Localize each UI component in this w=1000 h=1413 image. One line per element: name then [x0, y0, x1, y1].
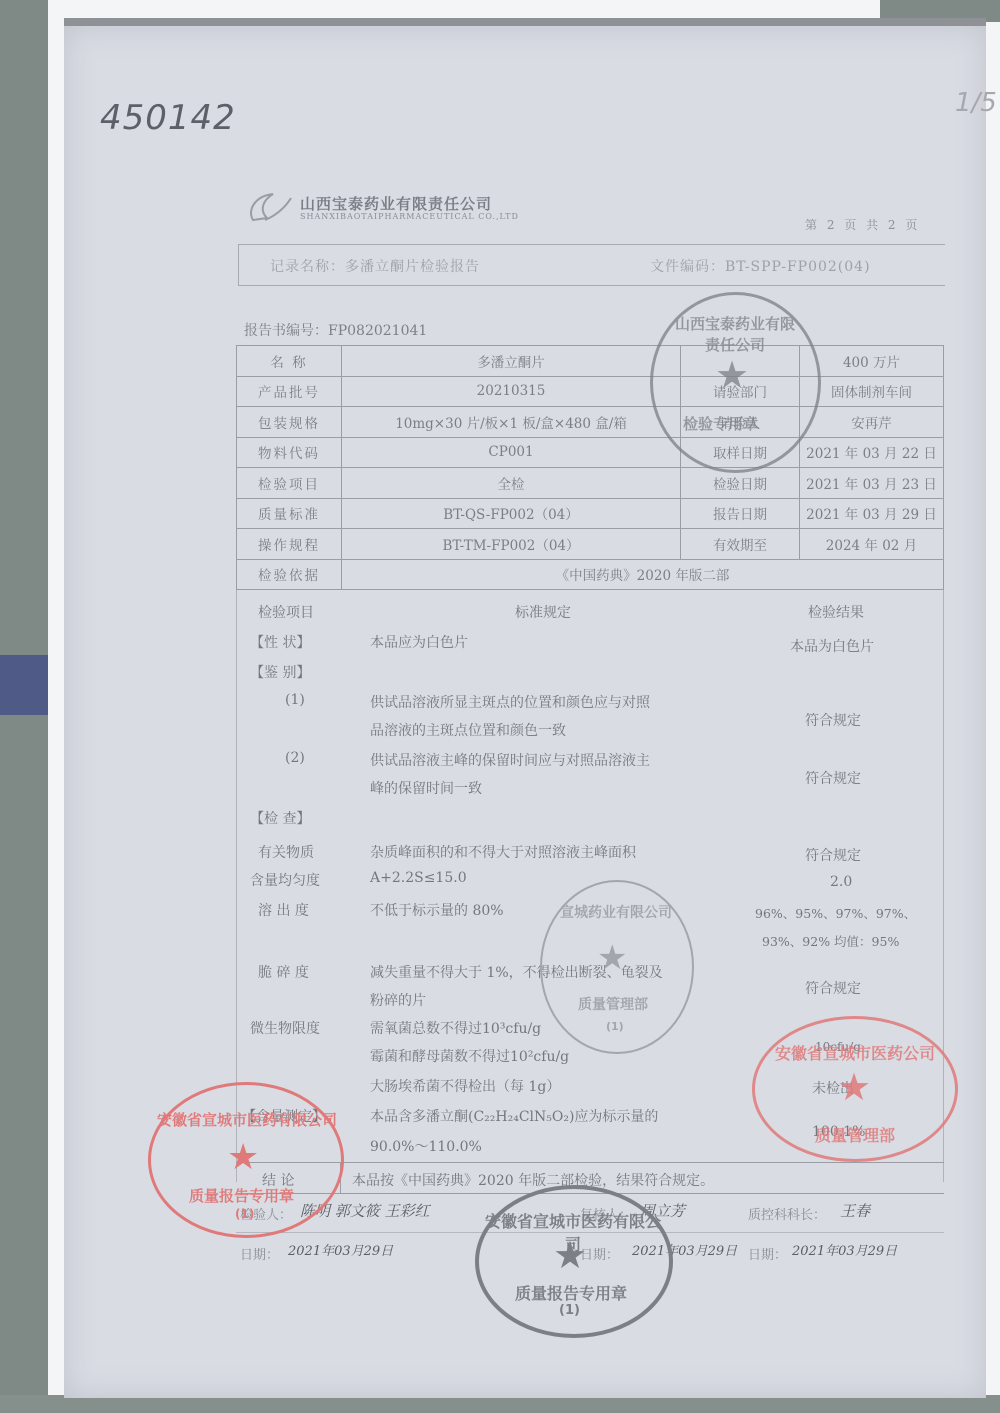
- table-row: 名 称多潘立酮片400 万片: [237, 346, 944, 377]
- assay-standard-1: 本品含多潘立酮(C₂₂H₂₄ClN₅O₂)应为标示量的: [370, 1106, 658, 1126]
- table-row: 包装规格10mg×30 片/板×1 板/盒×480 盒/箱请验人安再芹: [237, 407, 944, 438]
- record-title: 记录名称：多潘立酮片检验报告: [270, 256, 480, 276]
- ident-2-standard-2: 峰的保留时间一致: [370, 778, 482, 798]
- friability-result: 符合规定: [805, 978, 861, 998]
- microbial-standard-1: 需氧菌总数不得过10³cfu/g: [370, 1018, 541, 1038]
- scanner-color-strip: [0, 655, 48, 715]
- scanner-background-left: [0, 0, 48, 1413]
- table-row: 产品批号20210315请验部门固体制剂车间: [237, 376, 944, 407]
- ident-1-standard-1: 供试品溶液所显主斑点的位置和颜色应与对照: [370, 692, 650, 712]
- report-number-value: FP082021041: [328, 323, 427, 339]
- info-value2: 固体制剂车间: [800, 376, 944, 407]
- basis-value: 《中国药典》2020 年版二部: [342, 559, 944, 590]
- info-label: 名 称: [237, 346, 342, 377]
- dissolution-result-2: 93%、92% 均值：95%: [762, 932, 899, 950]
- microbial-standard-2: 霉菌和酵母菌数不得过10²cfu/g: [370, 1046, 569, 1066]
- col-header-item: 检验项目: [258, 602, 314, 622]
- ident-1-no: (1): [285, 692, 305, 708]
- info-value: 10mg×30 片/板×1 板/盒×480 盒/箱: [342, 407, 681, 438]
- company-logo-icon: [245, 190, 295, 226]
- character-result: 本品为白色片: [790, 636, 874, 656]
- seal-text: (1): [235, 1207, 254, 1221]
- star-icon: ★: [715, 353, 749, 397]
- date-label-3: 日期：: [748, 1244, 787, 1263]
- ident-2-result: 符合规定: [805, 768, 861, 788]
- left-red-quality-seal: 安徽省宣城市医药有限公司 ★ 质量报告专用章 (1): [148, 1082, 344, 1238]
- seal-text: 质量管理部: [815, 1123, 895, 1146]
- qc-head-label: 质控科科长：: [748, 1204, 826, 1223]
- seal-text: 山西宝泰药业有限责任公司: [675, 313, 795, 355]
- info-value2: 安再芹: [800, 407, 944, 438]
- ident-1-result: 符合规定: [805, 710, 861, 730]
- content-uniformity-standard: A+2.2S≤15.0: [370, 870, 467, 886]
- seal-text: 宣城药业有限公司: [556, 902, 676, 922]
- star-icon: ★: [553, 1233, 587, 1277]
- seal-text: 质量报告专用章: [515, 1281, 627, 1304]
- info-value2: 2021 年 03 月 23 日: [800, 468, 944, 499]
- related-substances-result: 符合规定: [805, 845, 861, 865]
- info-value: 多潘立酮片: [342, 346, 681, 377]
- microbial-standard-3: 大肠埃希菌不得检出（每 1g）: [370, 1076, 560, 1096]
- microbial-label: 微生物限度: [250, 1018, 320, 1038]
- seal-text: (1): [559, 1303, 580, 1318]
- table-row: 检验项目全检检验日期2021 年 03 月 23 日: [237, 468, 944, 499]
- related-substances-standard: 杂质峰面积的和不得大于对照溶液主峰面积: [370, 842, 636, 862]
- bottom-gray-quality-seal: 安徽省宣城市医药有限公司 ★ 质量报告专用章 (1): [475, 1185, 673, 1338]
- info-value: 全检: [342, 468, 681, 499]
- date-1: 2021年03月29日: [288, 1240, 393, 1259]
- ident-2-no: (2): [285, 750, 305, 766]
- ident-1-standard-2: 品溶液的主斑点位置和颜色一致: [370, 720, 566, 740]
- info-label: 物料代码: [237, 437, 342, 468]
- info-label: 产品批号: [237, 376, 342, 407]
- seal-text: 安徽省宣城市医药公司: [765, 1041, 945, 1064]
- info-label: 包装规格: [237, 407, 342, 438]
- info-value2: 2024 年 02 月: [800, 529, 944, 560]
- table-row: 检验依据 《中国药典》2020 年版二部: [237, 559, 944, 590]
- info-value2: 2021 年 03 月 29 日: [800, 498, 944, 529]
- report-number: 报告书编号：FP082021041: [244, 320, 427, 340]
- character-label: 【性 状】: [250, 632, 310, 652]
- table-row: 物料代码CP001取样日期2021 年 03 月 22 日: [237, 437, 944, 468]
- character-standard: 本品应为白色片: [370, 632, 468, 652]
- friability-label: 脆 碎 度: [258, 962, 309, 982]
- basis-label: 检验依据: [237, 559, 342, 590]
- related-substances-label: 有关物质: [258, 842, 314, 862]
- seal-text: 安徽省宣城市医药有限公司: [157, 1109, 337, 1130]
- company-name-cn: 山西宝泰药业有限责任公司: [300, 193, 492, 214]
- table-row: 操作规程BT-TM-FP002（04）有效期至2024 年 02 月: [237, 529, 944, 560]
- manufacturer-inspection-seal: 山西宝泰药业有限责任公司 ★ 检验专用章: [650, 292, 821, 473]
- qc-head-signature: 王春: [840, 1200, 870, 1221]
- inspection-label: 【检 查】: [250, 808, 310, 828]
- star-icon: ★: [837, 1065, 871, 1109]
- ident-2-standard-1: 供试品溶液主峰的保留时间应与对照品溶液主: [370, 750, 650, 770]
- handwritten-serial: 450142: [100, 98, 236, 138]
- product-info-table: 名 称多潘立酮片400 万片产品批号20210315请验部门固体制剂车间包装规格…: [236, 345, 944, 590]
- date-label-1: 日期：: [240, 1244, 279, 1263]
- star-icon: ★: [227, 1137, 259, 1178]
- assay-standard-2: 90.0%～110.0%: [370, 1136, 482, 1156]
- center-quality-seal: 宣城药业有限公司 ★ 质量管理部 (1): [540, 880, 694, 1054]
- col-header-standard: 标准规定: [515, 602, 571, 622]
- info-value2: 2021 年 03 月 22 日: [800, 437, 944, 468]
- page-number: 第 2 页 共 2 页: [805, 216, 920, 233]
- info-label: 质量标准: [237, 498, 342, 529]
- info-value: CP001: [342, 437, 681, 468]
- star-icon: ★: [597, 938, 627, 978]
- info-label: 检验项目: [237, 468, 342, 499]
- dissolution-result-1: 96%、95%、97%、97%、: [755, 904, 916, 922]
- handwritten-corner-note: 1/5: [955, 88, 997, 118]
- info-value: BT-QS-FP002（04）: [342, 498, 681, 529]
- date-3: 2021年03月29日: [792, 1240, 897, 1259]
- seal-text: 质量报告专用章: [189, 1185, 294, 1206]
- content-uniformity-result: 2.0: [830, 874, 852, 890]
- info-value: 20210315: [342, 376, 681, 407]
- report-number-label: 报告书编号：: [244, 323, 328, 339]
- info-label2: 报告日期: [681, 498, 800, 529]
- info-value: BT-TM-FP002（04）: [342, 529, 681, 560]
- friability-standard-2: 粉碎的片: [370, 990, 426, 1010]
- dissolution-label: 溶 出 度: [258, 900, 309, 920]
- dissolution-standard: 不低于标示量的 80%: [370, 900, 504, 920]
- info-label2: 有效期至: [681, 529, 800, 560]
- info-value2: 400 万片: [800, 346, 944, 377]
- document-number: 文件编码：BT-SPP-FP002(04): [650, 256, 871, 276]
- table-row: 质量标准BT-QS-FP002（04）报告日期2021 年 03 月 29 日: [237, 498, 944, 529]
- conclusion-text: 本品按《中国药典》2020 年版二部检验，结果符合规定。: [352, 1170, 714, 1190]
- seal-text: 质量管理部: [578, 994, 648, 1014]
- company-name-en: SHANXIBAOTAIPHARMACEUTICAL CO.,LTD: [300, 212, 519, 221]
- seal-text: (1): [606, 1020, 624, 1033]
- identification-label: 【鉴 别】: [250, 662, 310, 682]
- content-uniformity-label: 含量均匀度: [250, 870, 320, 890]
- info-label: 操作规程: [237, 529, 342, 560]
- col-header-result: 检验结果: [808, 602, 864, 622]
- seal-text: 检验专用章: [683, 413, 758, 434]
- right-red-quality-seal: 安徽省宣城市医药公司 ★ 质量管理部: [752, 1016, 958, 1162]
